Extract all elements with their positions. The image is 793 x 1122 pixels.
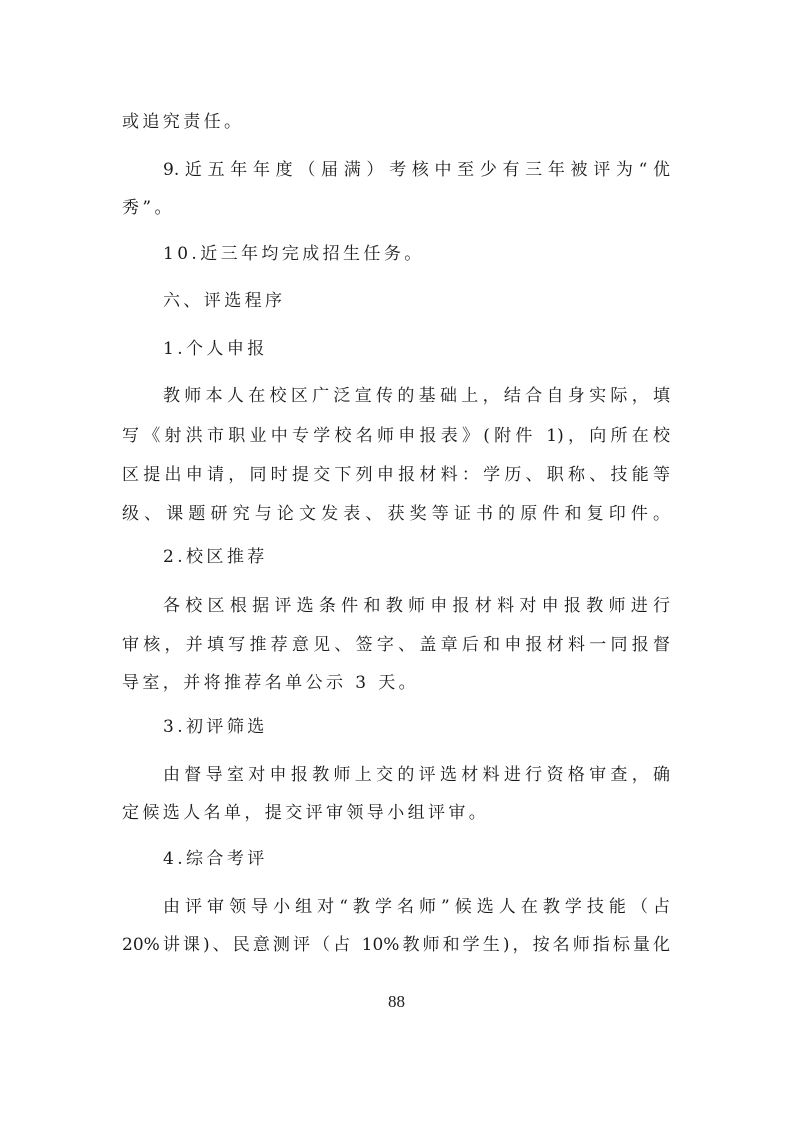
text-line: 写《射洪市职业中专学校名师申报表》(附件 1)，向所在校 [122,424,670,448]
text-line: 各校区根据评选条件和教师申报材料对申报教师进行 [163,594,670,618]
text-line: 六、评选程序 [163,289,670,313]
text-line: 审核，并填写推荐意见、签字、盖章后和申报材料一同报督 [122,633,670,657]
text-line: 10.近三年均完成招生任务。 [163,242,670,266]
text-line: 20%讲课)、民意测评（占 10%教师和学生)，按名师指标量化 [122,933,670,957]
text-line: 由督导室对申报教师上交的评选材料进行资格审查，确 [163,763,670,787]
text-line: 教师本人在校区广泛宣传的基础上，结合自身实际，填 [163,384,670,408]
text-line: 级、课题研究与论文发表、获奖等证书的原件和复印件。 [122,502,670,526]
text-line: 2.校区推荐 [163,545,670,569]
text-line: 区提出申请，同时提交下列申报材料：学历、职称、技能等 [122,463,670,487]
text-line: 1.个人申报 [163,337,670,361]
text-line: 4.综合考评 [163,847,670,871]
text-line: 由评审领导小组对“教学名师”候选人在教学技能（占 [163,895,670,919]
page-number: 88 [0,992,793,1012]
document-page: 或追究责任。9.近五年年度（届满）考核中至少有三年被评为“优秀”。10.近三年均… [0,0,793,1122]
text-line: 9.近五年年度（届满）考核中至少有三年被评为“优 [163,158,670,182]
text-line: 导室，并将推荐名单公示 3 天。 [122,671,670,695]
text-line: 3.初评筛选 [163,715,670,739]
text-line: 定候选人名单，提交评审领导小组评审。 [122,801,670,825]
text-line: 或追究责任。 [122,110,670,134]
text-line: 秀”。 [122,196,670,220]
